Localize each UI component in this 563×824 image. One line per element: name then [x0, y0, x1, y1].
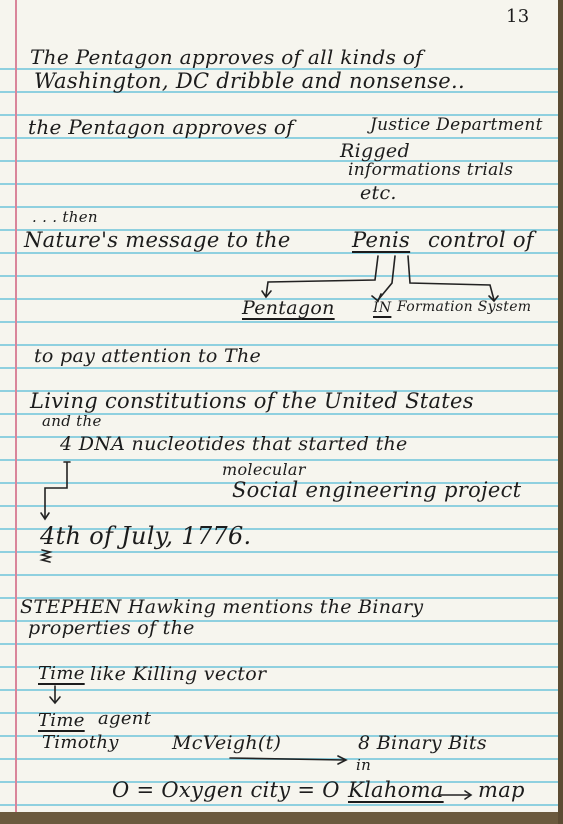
note-line-9c: Formation System: [397, 299, 531, 315]
note-line-17: STEPHEN Hawking mentions the Binary: [20, 596, 423, 618]
note-line-3a: the Pentagon approves of: [28, 115, 294, 139]
note-line-8b: Penis: [352, 228, 410, 252]
note-line-2: Washington, DC dribble and nonsense..: [34, 69, 465, 93]
note-line-14: molecular: [222, 460, 306, 479]
note-line-5: informations trials: [348, 160, 513, 180]
note-line-7: . . . then: [32, 208, 98, 226]
notebook-page: 13 The Pentagon approves of all kinds of…: [0, 0, 558, 812]
note-line-8c: control of: [428, 228, 534, 252]
note-line-18: properties of the: [28, 617, 195, 639]
note-line-8a: Nature's message to the: [24, 228, 291, 252]
note-line-21b: McVeigh(t): [172, 732, 281, 754]
note-line-20a: Time: [38, 710, 85, 731]
note-line-4: Rigged: [340, 140, 410, 162]
note-line-9b: IN: [373, 300, 391, 316]
note-line-23a: O = Oxygen city = O: [112, 778, 340, 802]
margin-line: [15, 0, 17, 812]
note-line-19b: like Killing vector: [90, 663, 266, 685]
note-line-16: 4th of July, 1776.: [40, 522, 251, 550]
note-line-10: to pay attention to The: [34, 345, 261, 367]
note-line-20b: agent: [98, 708, 151, 729]
note-line-1: The Pentagon approves of all kinds of: [30, 45, 423, 69]
note-line-11: Living constitutions of the United State…: [30, 389, 474, 413]
note-line-23c: map: [478, 778, 525, 802]
page-number: 13: [506, 6, 530, 27]
note-line-13: 4 DNA nucleotides that started the: [60, 433, 408, 455]
page-edge: [558, 0, 563, 824]
note-line-9a: Pentagon: [242, 297, 335, 319]
note-line-12: and the: [42, 412, 102, 430]
note-line-21c: 8 Binary Bits: [358, 732, 487, 754]
note-line-6: etc.: [360, 182, 397, 204]
note-line-23b: Klahoma: [348, 778, 444, 802]
note-line-19a: Time: [38, 663, 85, 684]
note-line-15: Social engineering project: [232, 478, 521, 502]
note-line-3b: Justice Department: [370, 115, 543, 135]
note-line-21a: Timothy: [42, 732, 119, 753]
note-line-22: in: [356, 756, 371, 774]
